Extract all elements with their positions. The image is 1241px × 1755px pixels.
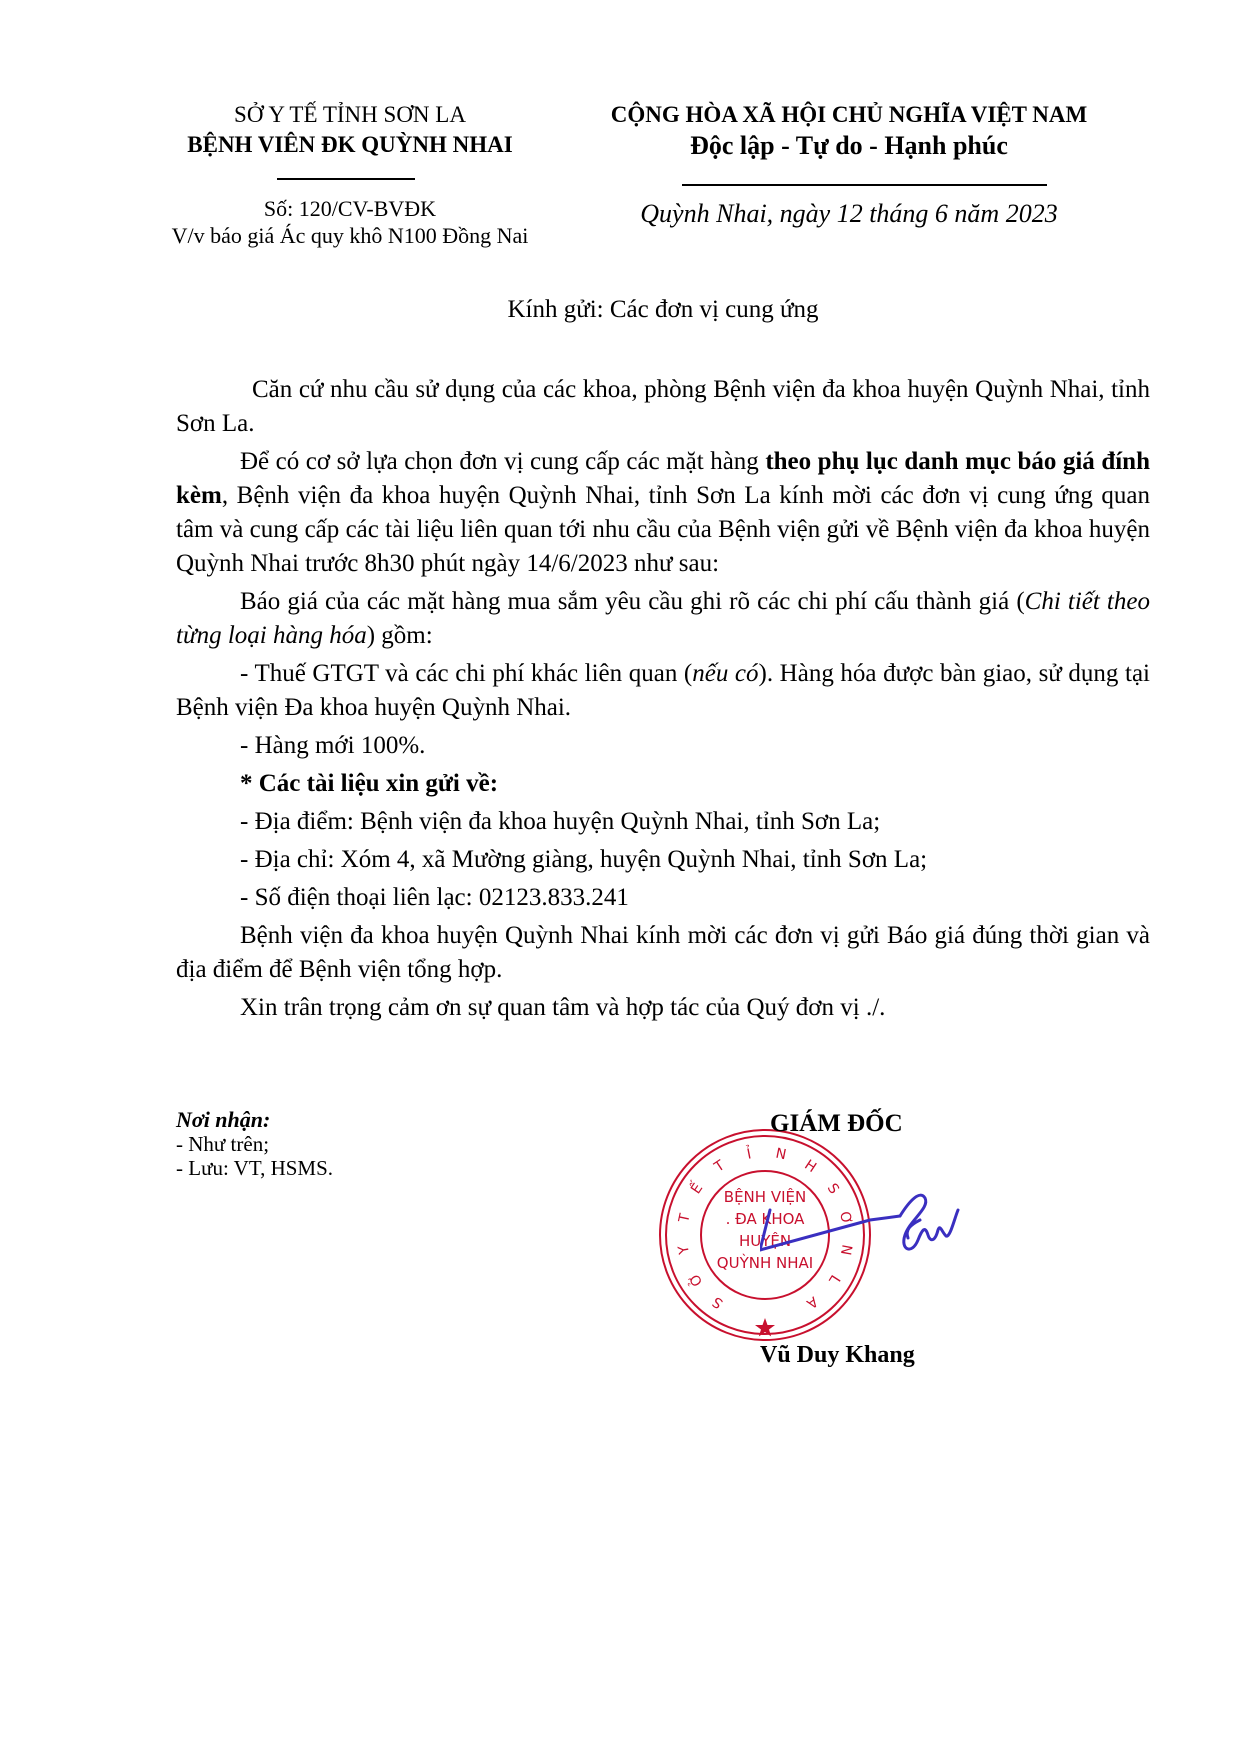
svg-text:T: T	[711, 1157, 728, 1176]
svg-text:A: A	[803, 1293, 820, 1312]
paragraph-basis: Căn cứ nhu cầu sử dụng của các khoa, phò…	[176, 373, 1150, 441]
paragraph-invite-submit: Bệnh viện đa khoa huyện Quỳnh Nhai kính …	[176, 919, 1150, 987]
svg-text:N: N	[774, 1146, 787, 1164]
recipient-line: Kính gửi: Các đơn vị cung ứng	[176, 294, 1150, 326]
paragraph-quote-requirements: Báo giá của các mặt hàng mua sắm yêu cầu…	[176, 585, 1150, 653]
recipients-title: Nơi nhận:	[176, 1108, 333, 1132]
svg-text:Ở: Ở	[683, 1270, 706, 1291]
paragraph-tax: - Thuế GTGT và các chi phí khác liên qua…	[176, 657, 1150, 725]
recipients-item: - Như trên;	[176, 1132, 333, 1156]
svg-text:Y: Y	[676, 1244, 694, 1257]
header-right: CỘNG HÒA XÃ HỘI CHỦ NGHĨA VIỆT NAM Độc l…	[578, 100, 1120, 162]
divider-left	[277, 178, 415, 180]
svg-text:S: S	[710, 1293, 727, 1311]
document-subject: V/v báo giá Ác quy khô N100 Đồng Nai	[140, 223, 560, 249]
svg-text:Ế: Ế	[686, 1179, 707, 1197]
paragraph-new-goods: - Hàng mới 100%.	[176, 729, 1150, 763]
paragraph-invitation: Để có cơ sở lựa chọn đơn vị cung cấp các…	[176, 445, 1150, 581]
documents-phone: - Số điện thoại liên lạc: 02123.833.241	[176, 881, 1150, 915]
reference-number: Số: 120/CV-BVĐK	[140, 196, 560, 222]
organization-name: BỆNH VIÊN ĐK QUỲNH NHAI	[140, 130, 560, 160]
recipients-item: - Lưu: VT, HSMS.	[176, 1156, 333, 1180]
divider-right	[682, 184, 1047, 186]
recipients-block: Nơi nhận: - Như trên; - Lưu: VT, HSMS.	[176, 1108, 333, 1180]
svg-text:Ỉ: Ỉ	[745, 1144, 753, 1162]
signer-name: Vũ Duy Khang	[760, 1342, 915, 1369]
documents-address: - Địa chỉ: Xóm 4, xã Mường giàng, huyện …	[176, 843, 1150, 877]
closing-line: Xin trân trọng cảm ơn sự quan tâm và hợp…	[176, 991, 1150, 1025]
svg-text:H: H	[801, 1157, 819, 1176]
place-date: Quỳnh Nhai, ngày 12 tháng 6 năm 2023	[578, 198, 1120, 230]
signature-icon	[760, 1180, 1020, 1290]
agency-name: SỞ Y TẾ TỈNH SƠN LA	[140, 100, 560, 130]
signer-title: GIÁM ĐỐC	[770, 1110, 903, 1138]
header-left: SỞ Y TẾ TỈNH SƠN LA BỆNH VIÊN ĐK QUỲNH N…	[140, 100, 560, 160]
documents-location: - Địa điểm: Bệnh viện đa khoa huyện Quỳn…	[176, 805, 1150, 839]
national-motto: Độc lập - Tự do - Hạnh phúc	[578, 130, 1120, 162]
documents-heading: * Các tài liệu xin gửi về:	[176, 767, 1150, 801]
svg-text:T: T	[676, 1212, 694, 1225]
letter-body: Căn cứ nhu cầu sử dụng của các khoa, phò…	[176, 373, 1150, 1029]
national-title: CỘNG HÒA XÃ HỘI CHỦ NGHĨA VIỆT NAM	[578, 100, 1120, 130]
